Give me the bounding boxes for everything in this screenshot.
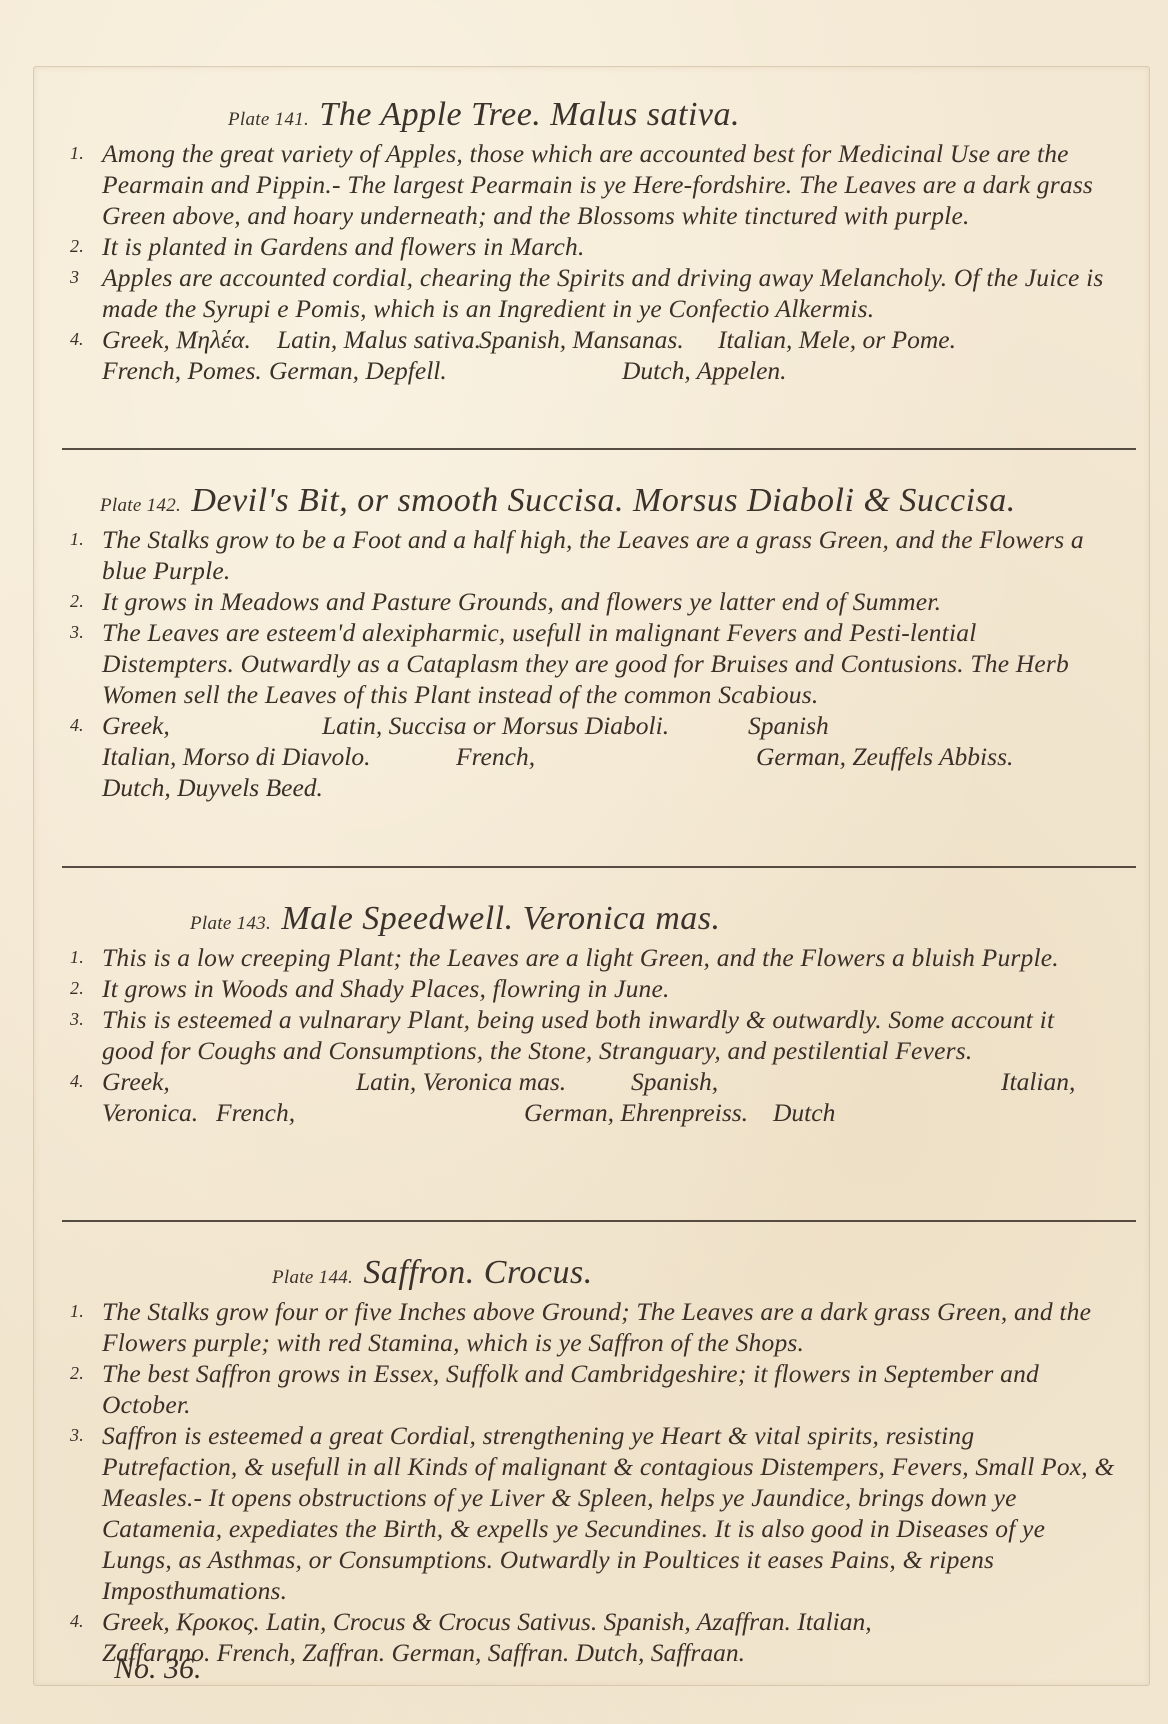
section-divider <box>62 448 1136 450</box>
plate-144-section: Plate 144. Saffron. Crocus. 1. The Stalk… <box>66 1250 1116 1668</box>
entry-1: 1. The Stalks grow to be a Foot and a ha… <box>66 524 1116 586</box>
plate-142-section: Plate 142. Devil's Bit, or smooth Succis… <box>66 478 1116 803</box>
plate-name: Male Speedwell. Veronica mas. <box>281 900 720 937</box>
name-italian: Italian, <box>1001 1066 1075 1097</box>
names-line-3: Dutch, Duyvels Beed. <box>66 772 1116 803</box>
plate-label: Plate 141. <box>228 109 309 130</box>
entry-number: 1. <box>70 942 84 973</box>
names-line-2: Zaffarano. French, Zaffran. German, Saff… <box>66 1637 1116 1668</box>
plate-name: The Apple Tree. Malus sativa. <box>319 96 740 133</box>
entry-number: 1. <box>70 1296 84 1327</box>
entry-2: 2. It grows in Woods and Shady Places, f… <box>66 973 1116 1004</box>
section-divider <box>62 866 1136 868</box>
name-french: French, Pomes. <box>102 355 262 386</box>
entry-number: 3. <box>70 1420 84 1451</box>
name-spanish: Spanish <box>748 710 829 741</box>
name-latin: Latin, Veronica mas. <box>356 1066 566 1097</box>
entry-2: 2. The best Saffron grows in Essex, Suff… <box>66 1358 1116 1420</box>
entry-text: The Leaves are esteem'd alexipharmic, us… <box>102 617 1106 710</box>
entry-2: 2. It is planted in Gardens and flowers … <box>66 231 1116 262</box>
name-dutch: Dutch <box>773 1097 835 1128</box>
plate-141-section: Plate 141. The Apple Tree. Malus sativa.… <box>66 92 1116 386</box>
name-german: German, Zeuffels Abbiss. <box>756 741 1013 772</box>
name-spanish: Spanish, Mansanas. <box>479 324 684 355</box>
name-spanish: Spanish, <box>631 1066 718 1097</box>
entry-number: 4. <box>70 1606 84 1637</box>
entry-number: 1. <box>70 138 84 169</box>
plate-label: Plate 142. <box>100 495 181 516</box>
entry-1: 1. Among the great variety of Apples, th… <box>66 138 1116 231</box>
plate-141-title: Plate 141. The Apple Tree. Malus sativa. <box>66 92 1116 138</box>
entry-number: 3. <box>70 1004 84 1035</box>
entry-text: Among the great variety of Apples, those… <box>102 138 1096 231</box>
plate-label: Plate 144. <box>272 1267 353 1288</box>
name-greek: Greek, <box>102 710 170 741</box>
entry-number: 4. <box>70 324 84 355</box>
plate-143-section: Plate 143. Male Speedwell. Veronica mas.… <box>66 896 1116 1128</box>
name-greek: Greek, <box>102 1066 170 1097</box>
entry-text: The Stalks grow four or five Inches abov… <box>102 1296 1106 1358</box>
entry-text: The best Saffron grows in Essex, Suffolk… <box>102 1358 1106 1420</box>
entry-number: 2. <box>70 1358 84 1389</box>
entry-text: It grows in Woods and Shady Places, flow… <box>102 973 1116 1004</box>
name-italian: Italian, Mele, or Pome. <box>718 324 956 355</box>
names-line-1: 4. Greek, Latin, Veronica mas. Spanish, … <box>66 1066 1116 1097</box>
names-line-2: Italian, Morso di Diavolo. French, Germa… <box>66 741 1116 772</box>
name-german: German, Ehrenpreiss. <box>524 1097 748 1128</box>
entry-number: 3 <box>70 262 79 293</box>
entry-number: 4. <box>70 1066 84 1097</box>
name-german: German, Depfell. <box>269 355 447 386</box>
name-french: French, <box>216 1097 295 1128</box>
names-line-1: 4. Greek, Μηλέα. Latin, Malus sativa. Sp… <box>66 324 1116 355</box>
plate-143-title: Plate 143. Male Speedwell. Veronica mas. <box>66 896 1116 942</box>
names-line-1: 4. Greek, Κροκος. Latin, Crocus & Crocus… <box>66 1606 1116 1637</box>
plate-name: Devil's Bit, or smooth Succisa. Morsus D… <box>191 482 1015 519</box>
name-latin: Latin, Malus sativa. <box>277 324 481 355</box>
page-number: No. 36. <box>114 1652 202 1686</box>
entry-number: 2. <box>70 973 84 1004</box>
entry-number: 4. <box>70 710 84 741</box>
name-dutch: Dutch, Appelen. <box>622 355 787 386</box>
plate-144-title: Plate 144. Saffron. Crocus. <box>66 1250 1116 1296</box>
plate-name: Saffron. Crocus. <box>363 1254 592 1291</box>
entry-3: 3. The Leaves are esteem'd alexipharmic,… <box>66 617 1116 710</box>
name-dutch: Dutch, Duyvels Beed. <box>102 772 323 803</box>
entry-1: 1. This is a low creeping Plant; the Lea… <box>66 942 1116 973</box>
names-line-2: French, Pomes. German, Depfell. Dutch, A… <box>66 355 1116 386</box>
entry-text: The Stalks grow to be a Foot and a half … <box>102 524 1096 586</box>
names-line-2: Veronica. French, German, Ehrenpreiss. D… <box>66 1097 1116 1128</box>
entry-1: 1. The Stalks grow four or five Inches a… <box>66 1296 1116 1358</box>
name-french: French, <box>456 741 535 772</box>
section-divider <box>62 1220 1136 1222</box>
entry-number: 2. <box>70 231 84 262</box>
entry-3: 3. Saffron is esteemed a great Cordial, … <box>66 1420 1116 1606</box>
entry-text: It grows in Meadows and Pasture Grounds,… <box>102 586 1116 617</box>
entry-2: 2. It grows in Meadows and Pasture Groun… <box>66 586 1116 617</box>
plate-label: Plate 143. <box>190 913 271 934</box>
entry-text: This is esteemed a vulnarary Plant, bein… <box>102 1004 1106 1066</box>
name-greek: Greek, Μηλέα. <box>102 324 251 355</box>
names-line-1: 4. Greek, Latin, Succisa or Morsus Diabo… <box>66 710 1116 741</box>
name-italian-value: Veronica. <box>102 1097 198 1128</box>
entry-text: This is a low creeping Plant; the Leaves… <box>102 942 1096 973</box>
entry-text: Saffron is esteemed a great Cordial, str… <box>102 1420 1116 1606</box>
names-all-languages: Greek, Κροκος. Latin, Crocus & Crocus Sa… <box>102 1606 872 1637</box>
entry-3: 3. This is esteemed a vulnarary Plant, b… <box>66 1004 1116 1066</box>
entry-text: It is planted in Gardens and flowers in … <box>102 231 1116 262</box>
name-latin: Latin, Succisa or Morsus Diaboli. <box>322 710 669 741</box>
entry-number: 2. <box>70 586 84 617</box>
name-italian: Italian, Morso di Diavolo. <box>102 741 370 772</box>
entry-number: 1. <box>70 524 84 555</box>
entry-text: Apples are accounted cordial, chearing t… <box>102 262 1106 324</box>
entry-number: 3. <box>70 617 84 648</box>
plate-142-title: Plate 142. Devil's Bit, or smooth Succis… <box>66 478 1116 524</box>
entry-3: 3 Apples are accounted cordial, chearing… <box>66 262 1116 324</box>
